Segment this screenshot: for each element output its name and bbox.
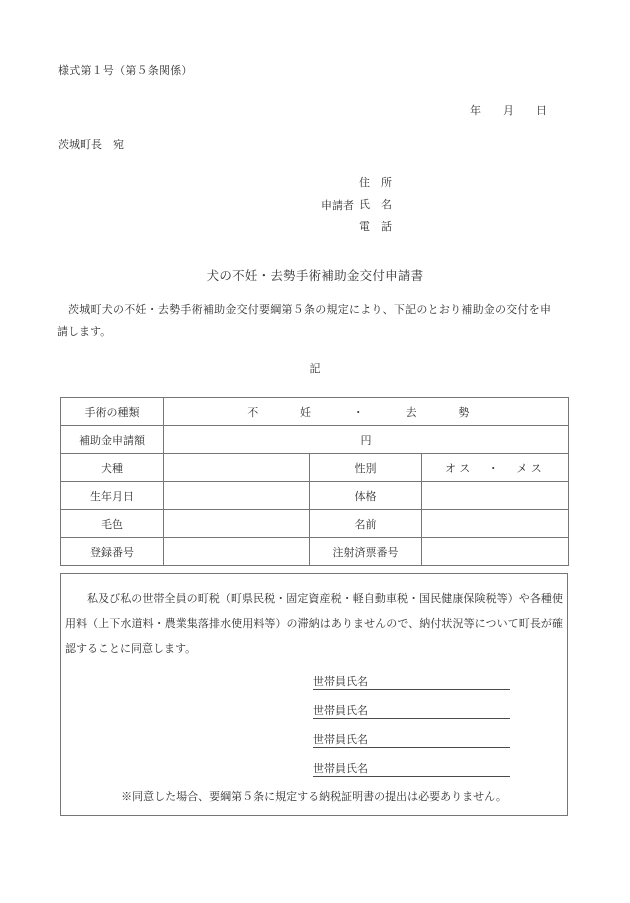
table-row-breed-sex: 犬種 性別 オス ・ メス (61, 454, 569, 482)
sex-label: 性別 (310, 454, 422, 482)
applicant-block: 申請者 住 所 氏 名 電 話 (321, 172, 392, 238)
rabies-tag-number-label: 注射済票番号 (310, 538, 422, 566)
table-row-birth-build: 生年月日 体格 (61, 482, 569, 510)
addressee: 茨城町長 宛 (58, 136, 124, 152)
intro-paragraph: 茨城町犬の不妊・去勢手術補助金交付要綱第５条の規定により、下記のとおり補助金の交… (57, 299, 551, 343)
consent-box: 私及び私の世帯全員の町税（町県民税・固定資産税・軽自動車税・国民健康保険税等）や… (60, 573, 568, 816)
consent-note: ※同意した場合、要綱第５条に規定する納税証明書の提出は必要ありません。 (61, 788, 567, 804)
build-value-cell (422, 482, 569, 510)
subsidy-amount-label: 補助金申請額 (61, 426, 164, 454)
household-member-label: 世帯員氏名 (313, 762, 368, 776)
breed-value-cell (164, 454, 310, 482)
applicant-name-label: 氏 名 (359, 194, 392, 216)
coat-color-value-cell (164, 510, 310, 538)
household-member-label: 世帯員氏名 (313, 704, 368, 718)
form-number: 様式第１号（第５条関係） (58, 62, 193, 78)
surgery-type-value-cell: 不 妊 ・ 去 勢 (164, 398, 569, 426)
applicant-phone-label: 電 話 (359, 216, 392, 238)
applicant-role-label: 申請者 (321, 197, 354, 213)
record-marker: 記 (0, 360, 630, 376)
birth-date-label: 生年月日 (61, 482, 164, 510)
applicant-address-label: 住 所 (359, 172, 392, 194)
coat-color-label: 毛色 (61, 510, 164, 538)
table-row-surgery-type: 手術の種類 不 妊 ・ 去 勢 (61, 398, 569, 426)
table-row-subsidy-amount: 補助金申請額 円 (61, 426, 569, 454)
household-member-name-field: 世帯員氏名 (313, 691, 510, 719)
sex-value-cell: オス ・ メス (422, 454, 569, 482)
subsidy-amount-value-cell: 円 (164, 426, 569, 454)
table-row-coat-name: 毛色 名前 (61, 510, 569, 538)
household-member-name-field: 世帯員氏名 (313, 749, 510, 777)
household-member-name-field: 世帯員氏名 (313, 720, 510, 748)
applicant-fields: 住 所 氏 名 電 話 (359, 172, 392, 238)
consent-paragraph: 私及び私の世帯全員の町税（町県民税・固定資産税・軽自動車税・国民健康保険税等）や… (65, 587, 563, 662)
dog-name-value-cell (422, 510, 569, 538)
page-title: 犬の不妊・去勢手術補助金交付申請書 (0, 266, 630, 284)
household-member-lines: 世帯員氏名 世帯員氏名 世帯員氏名 世帯員氏名 (61, 662, 567, 777)
application-table: 手術の種類 不 妊 ・ 去 勢 補助金申請額 円 犬種 性別 オス ・ メス 生… (60, 397, 569, 566)
rabies-tag-number-value-cell (422, 538, 569, 566)
household-member-label: 世帯員氏名 (313, 675, 368, 689)
dog-name-label: 名前 (310, 510, 422, 538)
registration-number-value-cell (164, 538, 310, 566)
birth-date-value-cell (164, 482, 310, 510)
breed-label: 犬種 (61, 454, 164, 482)
registration-number-label: 登録番号 (61, 538, 164, 566)
application-form-page: 様式第１号（第５条関係） 年 月 日 茨城町長 宛 申請者 住 所 氏 名 電 … (0, 0, 630, 903)
table-row-registration-tag: 登録番号 注射済票番号 (61, 538, 569, 566)
household-member-name-field: 世帯員氏名 (313, 662, 510, 690)
build-label: 体格 (310, 482, 422, 510)
yen-unit-label: 円 (361, 435, 372, 447)
date-line: 年 月 日 (470, 102, 547, 118)
household-member-label: 世帯員氏名 (313, 733, 368, 747)
surgery-type-label: 手術の種類 (61, 398, 164, 426)
